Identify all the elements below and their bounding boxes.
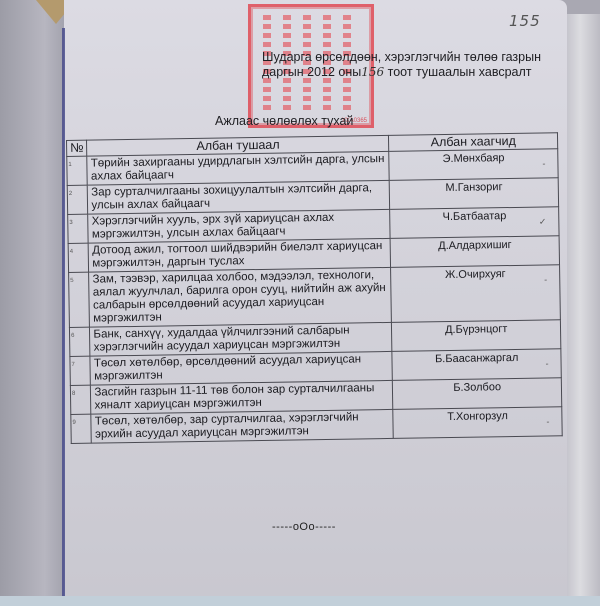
check-mark-icon: - [544,273,547,286]
heading-line-2: даргын 2012 оны156 тоот тушаалын хавсрал… [262,65,582,80]
row-number: 2 [67,185,88,214]
row-number: 7 [70,356,91,385]
employee-cell: М.Ганзориг [390,178,559,210]
employee-name: Ж.Очирхуяг [445,268,506,281]
position-cell: Засгийн газрын 11-11 төв болон зар сурта… [91,380,393,414]
employee-cell: Д.Алдархишиг [391,236,560,268]
left-page [0,0,64,606]
row-number: 5 [69,272,90,327]
employee-cell: Т.Хонгорзул- [393,407,562,439]
check-mark-icon: - [546,415,549,428]
row-number: 3 [68,214,89,243]
document-subtitle: Ажлаас чөлөөлөх тухай [215,114,353,128]
employee-name: Б.Золбоо [453,381,501,394]
position-cell: Дотоод ажил, тогтоол шийдвэрийн биелэлт … [89,238,391,272]
page-stack-edge [567,14,600,606]
employee-name: Д.Алдархишиг [438,239,512,252]
employee-name: Э.Мөнхбаяр [442,152,504,165]
check-mark-icon: - [545,357,548,370]
row-number: 4 [68,243,89,272]
end-mark: -----oOo----- [272,521,336,533]
heading-line-1: Шударга өрсөлдөөн, хэрэглэгчийн төлөө га… [262,50,582,65]
position-cell: Төрийн захиргааны удирдлагын хэлтсийн да… [87,151,389,185]
bottom-border [0,596,600,606]
employee-cell: Ж.Очирхуяг- [391,265,560,323]
position-cell: Зар сурталчилгааны зохицуулалтын хэлтсий… [88,180,390,214]
check-mark-icon: - [542,157,545,170]
table-row: 5Зам, тээвэр, харилцаа холбоо, мэдээлэл,… [69,265,561,328]
position-cell: Төсөл, хөтөлбөр, зар сурталчилгаа, хэрэг… [91,409,393,443]
employee-cell: Д.Бүрэнцогт [392,320,561,352]
employee-name: Д.Бүрэнцогт [445,323,508,336]
row-number: 8 [70,385,91,414]
employee-cell: Ч.Батбаатар✓ [390,207,559,239]
position-cell: Банк, санхүү, худалдаа үйлчилгээний салб… [90,322,392,356]
row-number: 1 [67,156,88,185]
position-cell: Төсөл хөтөлбөр, өрсөлдөөний асуудал хари… [90,351,392,385]
position-cell: Зам, тээвэр, харилцаа холбоо, мэдээлэл, … [89,267,392,327]
col-number-header: № [67,140,88,156]
document-heading: Шударга өрсөлдөөн, хэрэглэгчийн төлөө га… [262,50,582,80]
employee-name: Т.Хонгорзул [447,410,508,423]
binder-spine [62,28,65,598]
order-number: 156 [361,65,384,79]
row-number: 6 [69,327,90,356]
employee-cell: Э.Мөнхбаяр- [389,149,558,181]
employee-name: Б.Баасанжаргал [435,352,519,365]
position-cell: Хэрэглэгчийн хууль, эрх зүй хариуцсан ах… [88,209,390,243]
employee-name: Ч.Батбаатар [443,210,507,223]
page-number: 155 [509,12,541,30]
employee-cell: Б.Баасанжаргал- [392,349,561,381]
staff-table: № Албан тушаал Албан хаагчид 1Төрийн зах… [66,132,563,444]
row-number: 9 [71,414,92,443]
check-mark-icon: ✓ [539,215,547,228]
employee-name: М.Ганзориг [445,181,502,194]
employee-cell: Б.Золбоо [393,378,562,410]
